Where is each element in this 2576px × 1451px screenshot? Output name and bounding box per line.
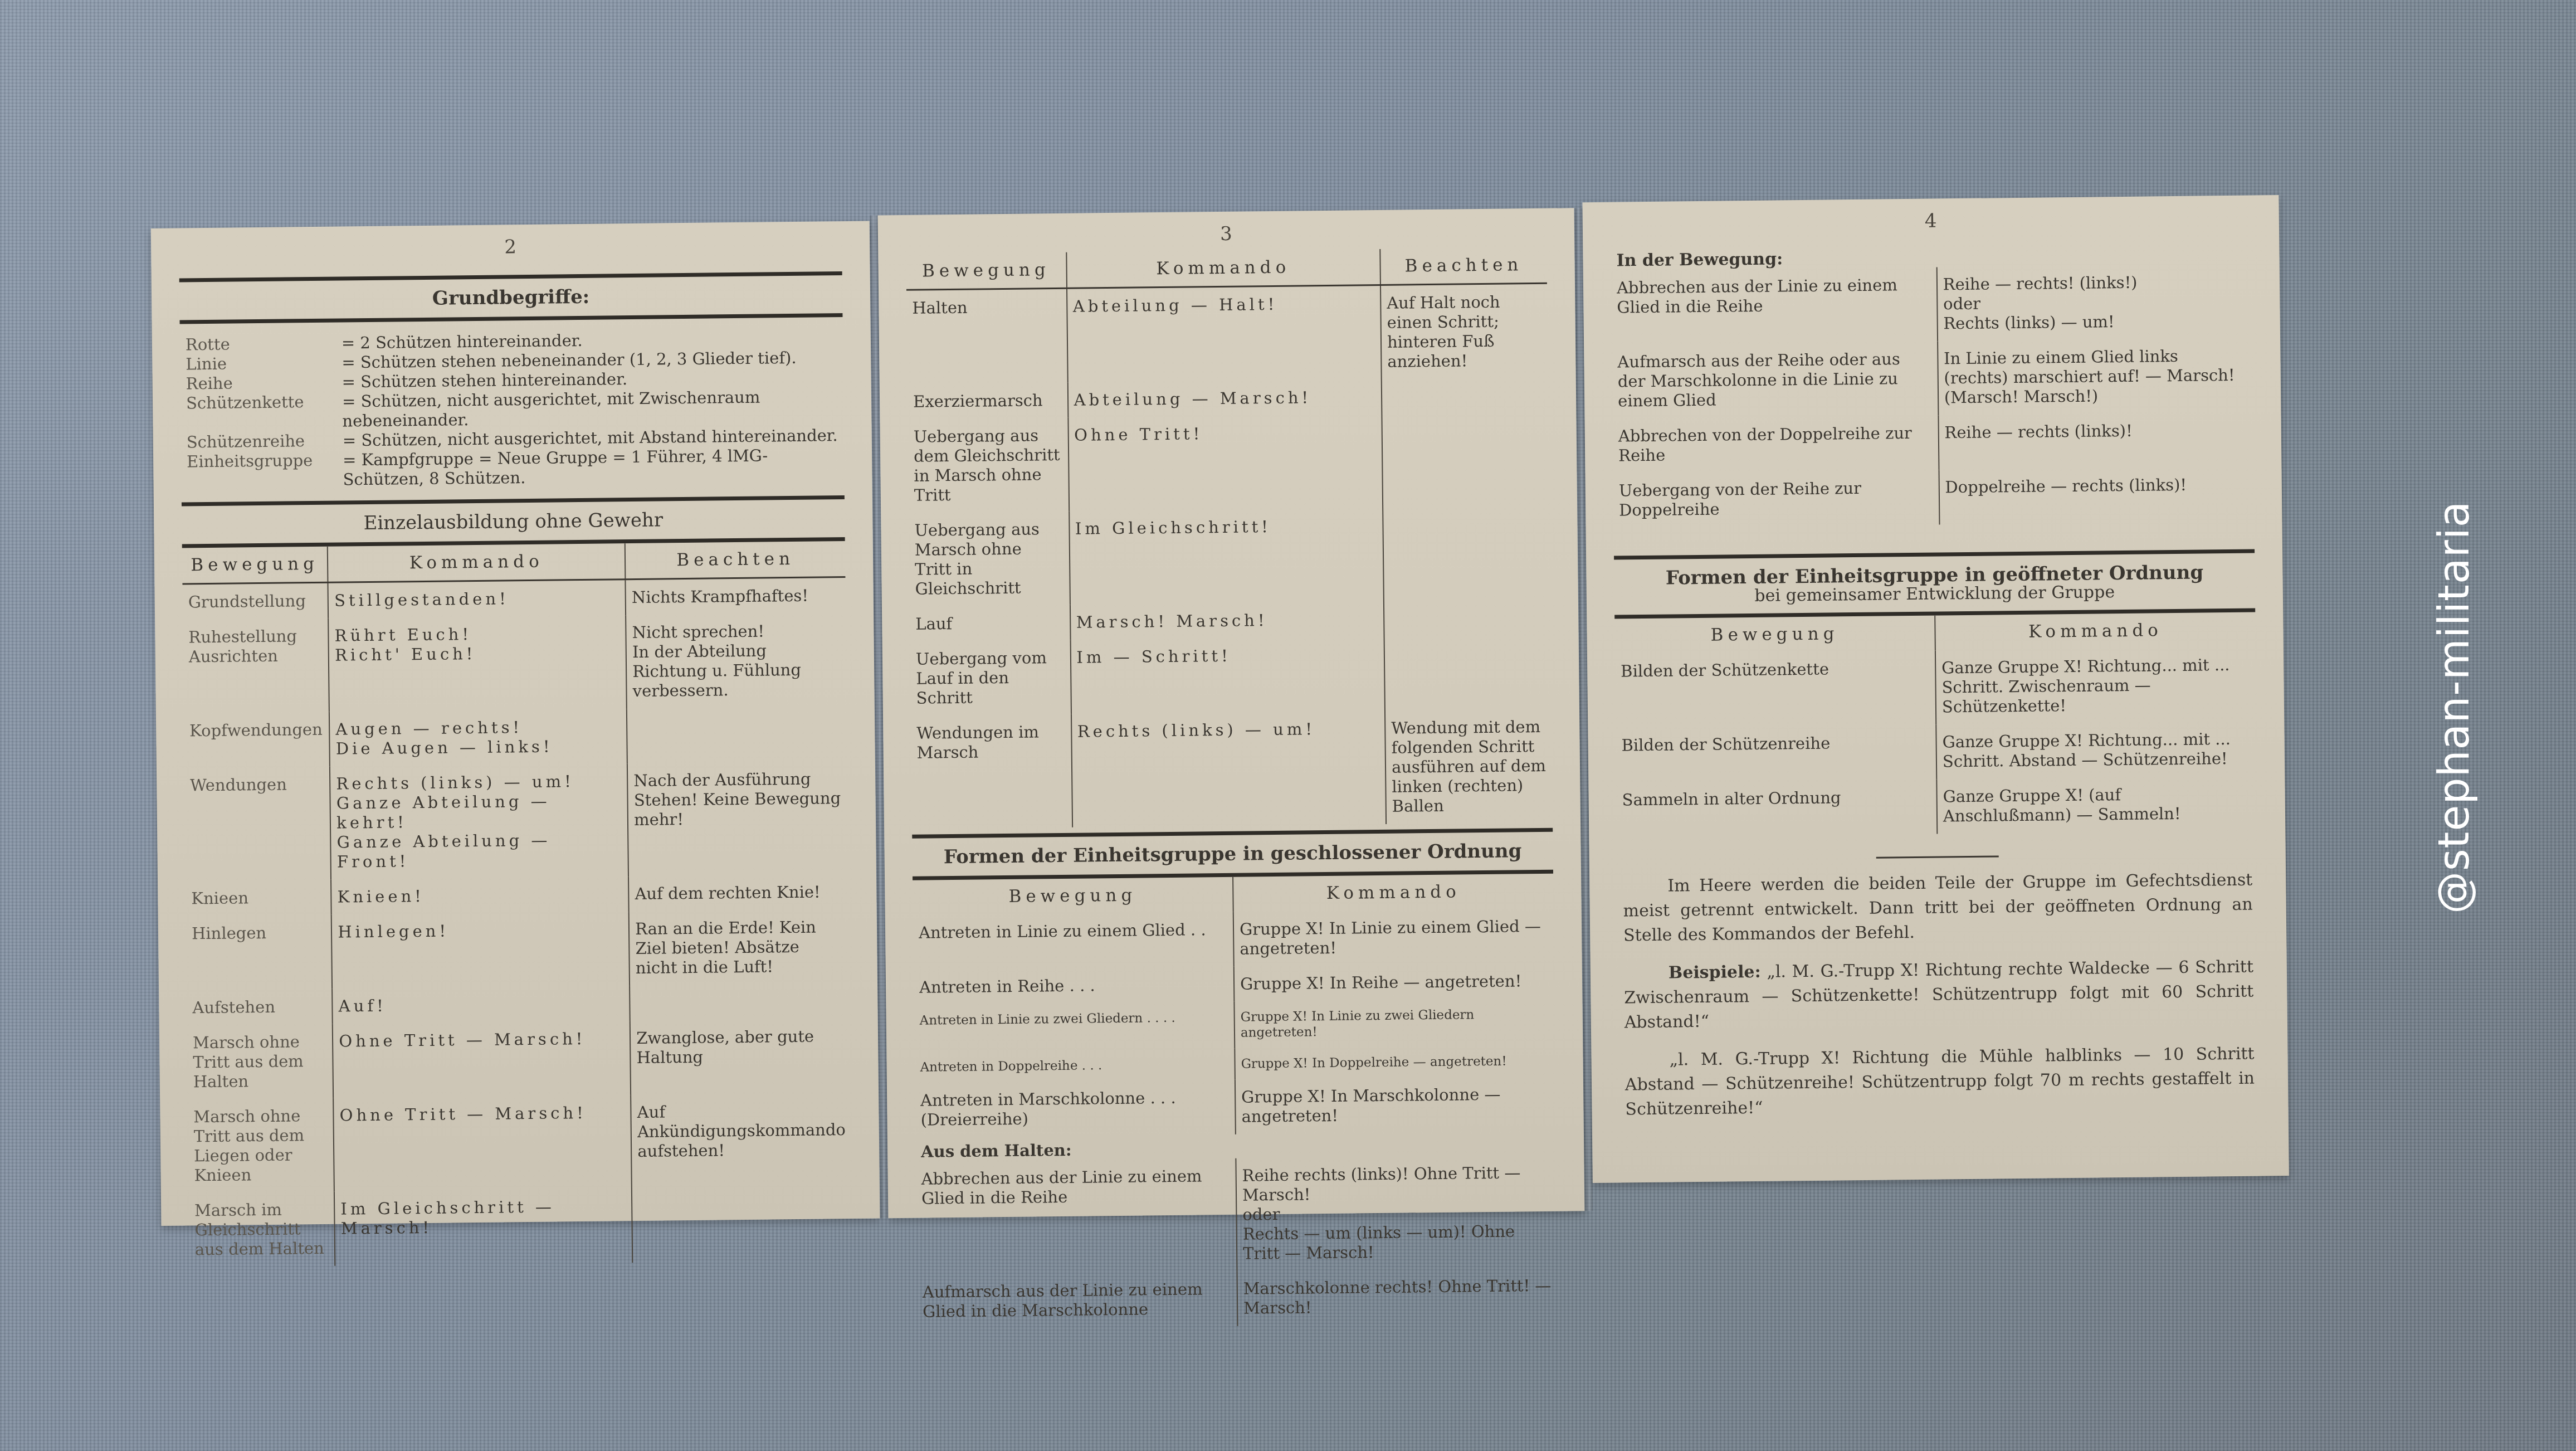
column-header: Bewegung bbox=[182, 547, 328, 584]
einzelausbildung-table: Bewegung Kommando Beachten Grundstellung… bbox=[182, 541, 852, 1267]
cell-bewegung: Halten bbox=[906, 288, 1067, 384]
cell-beachten: Nichts Krampfhaftes! bbox=[626, 577, 846, 616]
beispiel-2: „l. M. G.-Trupp X! Richtung die Mühle ha… bbox=[1624, 1042, 2255, 1122]
section-title-geschlossen: Formen der Einheitsgruppe in geschlossen… bbox=[884, 831, 1581, 877]
definition-term: Einheitsgruppe bbox=[187, 450, 343, 491]
cell-beachten: Zwanglose, aber gute Haltung bbox=[630, 1019, 851, 1095]
cell-bewegung: Antreten in Doppelreihe . . . bbox=[914, 1049, 1235, 1083]
cell-bewegung: Aufstehen bbox=[187, 989, 333, 1026]
cell-beachten bbox=[630, 983, 850, 1021]
cell-beachten bbox=[1384, 600, 1551, 637]
cell-bewegung: Marsch im Gleichschritt aus dem Halten bbox=[189, 1192, 335, 1268]
beispiel-1: Beispiele: „l. M. G.-Trupp X! Richtung r… bbox=[1624, 955, 2254, 1035]
cell-beachten: Ran an die Erde! Kein Ziel bieten! Absät… bbox=[629, 909, 850, 986]
cell-kommando: Hinlegen! bbox=[331, 912, 630, 989]
cell-bewegung: Lauf bbox=[910, 605, 1070, 642]
cell-bewegung: Kopfwendungen bbox=[184, 712, 330, 768]
definition-term: Schützenreihe bbox=[187, 431, 343, 452]
page-number: 3 bbox=[878, 219, 1574, 249]
cell-kommando: Gruppe X! In Doppelreihe — angetreten! bbox=[1235, 1045, 1555, 1080]
cell-bewegung: Uebergang von der Reihe zur Doppelreihe bbox=[1613, 470, 1940, 528]
cell-beachten: Nach der Ausführung Stehen! Keine Bewegu… bbox=[627, 761, 848, 877]
cell-bewegung: Bilden der Schützenreihe bbox=[1616, 725, 1936, 783]
cell-kommando: Marsch! Marsch! bbox=[1070, 602, 1384, 640]
table-row: Aufmarsch aus der Linie zu einem Glied i… bbox=[917, 1268, 1558, 1330]
page-3: 3 Bewegung Kommando Beachten HaltenAbtei… bbox=[878, 208, 1585, 1218]
cell-bewegung: Exerziermarsch bbox=[908, 383, 1068, 420]
cell-beachten bbox=[1384, 635, 1552, 711]
column-header: Kommando bbox=[1233, 874, 1554, 912]
divider bbox=[1876, 855, 1999, 858]
definition-text: = Kampfgruppe = Neue Gruppe = 1 Führer, … bbox=[343, 445, 839, 489]
table-row: Uebergang vom Lauf in den SchrittIm — Sc… bbox=[910, 635, 1552, 716]
cell-bewegung: Antreten in Linie zu zwei Gliedern . . .… bbox=[914, 1002, 1235, 1052]
cell-kommando: Gruppe X! In Linie zu einem Glied — ange… bbox=[1233, 909, 1554, 967]
cell-bewegung: Wendungen im Marsch bbox=[911, 714, 1072, 829]
marsch-table: Bewegung Kommando Beachten HaltenAbteilu… bbox=[906, 247, 1553, 829]
cell-kommando: Auf! bbox=[332, 986, 630, 1024]
definition-term: Reihe bbox=[186, 372, 342, 393]
definition-item: Einheitsgruppe= Kampfgruppe = Neue Grupp… bbox=[187, 445, 839, 491]
cell-beachten bbox=[1382, 413, 1549, 508]
table-row: HaltenAbteilung — Halt!Auf Halt noch ein… bbox=[906, 283, 1548, 384]
cell-kommando: Ohne Tritt — Marsch! bbox=[333, 1095, 632, 1192]
cell-beachten bbox=[1383, 507, 1550, 602]
cell-beachten: Wendung mit dem folgenden Schritt ausfüh… bbox=[1385, 709, 1553, 824]
cell-kommando: Marschkolonne rechts! Ohne Tritt! — Mars… bbox=[1237, 1268, 1558, 1326]
cell-beachten bbox=[1382, 378, 1549, 415]
cell-kommando: Im — Schritt! bbox=[1070, 637, 1385, 714]
definition-term: Schützenkette bbox=[186, 392, 343, 432]
cell-kommando: Gruppe X! In Marschkolonne — angetreten! bbox=[1235, 1077, 1556, 1134]
table-row: Marsch ohne Tritt aus dem HaltenOhne Tri… bbox=[187, 1019, 851, 1099]
definitions-list: Rotte= 2 Schützen hintereinander.Linie= … bbox=[186, 328, 839, 491]
table-row: ExerziermarschAbteilung — Marsch! bbox=[908, 378, 1549, 420]
table-row: Marsch ohne Tritt aus dem Liegen oder Kn… bbox=[188, 1093, 852, 1193]
cell-kommando: Ganze Gruppe X! Richtung... mit ... Schr… bbox=[1935, 647, 2256, 725]
table-row: Antreten in Linie zu einem Glied . .Grup… bbox=[913, 909, 1554, 970]
table-row: Uebergang aus dem Gleichschritt in Marsc… bbox=[908, 413, 1549, 513]
table-row: Abbrechen von der Doppelreihe zur ReiheR… bbox=[1613, 412, 2254, 474]
table-row: Sammeln in alter OrdnungGanze Gruppe X! … bbox=[1616, 776, 2257, 838]
cell-bewegung: Uebergang aus dem Gleichschritt in Marsc… bbox=[908, 418, 1069, 513]
column-header: Kommando bbox=[1935, 612, 2256, 651]
table-row: Abbrechen aus der Linie zu einem Glied i… bbox=[1611, 264, 2252, 345]
cell-kommando: Ohne Tritt! bbox=[1068, 415, 1383, 512]
table-row: Antreten in Marschkolonne . . . (Dreierr… bbox=[915, 1077, 1556, 1138]
cell-kommando: Rechts (links) — um! Ganze Abteilung — k… bbox=[330, 763, 628, 880]
cell-kommando: Abteilung — Marsch! bbox=[1067, 379, 1382, 418]
column-header: Bewegung bbox=[906, 252, 1066, 290]
cell-beachten bbox=[627, 707, 847, 763]
page-number: 2 bbox=[151, 232, 870, 262]
cell-kommando: Ganze Gruppe X! Richtung... mit ... Schr… bbox=[1936, 722, 2257, 780]
cell-kommando: Stillgestanden! bbox=[328, 580, 626, 619]
cell-kommando: Ganze Gruppe X! (auf Anschlußmann) — Sam… bbox=[1936, 776, 2257, 834]
cell-bewegung: Ruhestellung Ausrichten bbox=[183, 619, 329, 714]
cell-kommando: Im Gleichschritt — Marsch! bbox=[334, 1189, 632, 1266]
paragraph-gefechtsdienst: Im Heere werden die beiden Teile der Gru… bbox=[1623, 868, 2253, 948]
cell-bewegung: Antreten in Reihe . . . bbox=[914, 967, 1235, 1005]
definition-item: Schützenkette= Schützen, nicht ausgerich… bbox=[186, 387, 838, 432]
page-2: 2 Grundbegriffe: Rotte= 2 Schützen hinte… bbox=[151, 221, 880, 1226]
column-header: Bewegung bbox=[913, 877, 1233, 916]
cell-bewegung: Knieen bbox=[186, 880, 331, 917]
cell-bewegung: Abbrechen aus der Linie zu einem Glied i… bbox=[1611, 267, 1938, 344]
cell-bewegung: Marsch ohne Tritt aus dem Liegen oder Kn… bbox=[188, 1098, 334, 1194]
cell-bewegung: Abbrechen von der Doppelreihe zur Reihe bbox=[1613, 415, 1939, 473]
cell-bewegung: Antreten in Linie zu einem Glied . . bbox=[913, 912, 1234, 970]
cell-bewegung: Abbrechen aus der Linie zu einem Glied i… bbox=[915, 1158, 1237, 1275]
cell-bewegung: Bilden der Schützenkette bbox=[1615, 651, 1936, 728]
column-header: Beachten bbox=[625, 541, 845, 580]
cell-kommando: In Linie zu einem Glied links (rechts) m… bbox=[1938, 338, 2253, 416]
cell-beachten bbox=[632, 1186, 852, 1263]
column-header: Kommando bbox=[328, 543, 626, 582]
table-row: Abbrechen aus der Linie zu einem Glied i… bbox=[915, 1155, 1557, 1275]
cell-kommando: Rechts (links) — um! bbox=[1071, 711, 1387, 827]
table-row: Marsch im Gleichschritt aus dem HaltenIm… bbox=[189, 1186, 852, 1267]
cell-kommando: Augen — rechts! Die Augen — links! bbox=[329, 709, 627, 767]
cell-bewegung: Uebergang aus Marsch ohne Tritt in Gleic… bbox=[909, 512, 1070, 607]
definition-term: Linie bbox=[186, 353, 341, 374]
cell-kommando: Im Gleichschritt! bbox=[1069, 508, 1384, 605]
table-row: WendungenRechts (links) — um! Ganze Abte… bbox=[184, 761, 848, 881]
cell-kommando: Rührt Euch! Richt' Euch! bbox=[328, 615, 627, 712]
definition-term: Rotte bbox=[186, 333, 341, 354]
geschlossen-table: Bewegung Kommando Antreten in Linie zu e… bbox=[913, 874, 1558, 1330]
table-row: Uebergang von der Reihe zur DoppelreiheD… bbox=[1613, 467, 2255, 528]
table-row: LaufMarsch! Marsch! bbox=[910, 600, 1551, 642]
table-row: KopfwendungenAugen — rechts! Die Augen —… bbox=[184, 707, 847, 768]
table-row: Aufmarsch aus der Reihe oder aus der Mar… bbox=[1612, 338, 2253, 419]
cell-kommando: Gruppe X! In Linie zu zwei Gliedern ange… bbox=[1234, 999, 1555, 1049]
leaflet: 2 Grundbegriffe: Rotte= 2 Schützen hinte… bbox=[151, 201, 2290, 1226]
table-row: Bilden der SchützenreiheGanze Gruppe X! … bbox=[1616, 722, 2257, 783]
cell-kommando: Gruppe X! In Reihe — angetreten! bbox=[1234, 963, 1555, 1002]
cell-beachten: Auf Halt noch einen Schritt; hinteren Fu… bbox=[1380, 283, 1548, 379]
table-row: Ruhestellung AusrichtenRührt Euch! Richt… bbox=[183, 613, 847, 713]
beispiele-label: Beispiele: bbox=[1668, 962, 1761, 983]
table-row: Antreten in Linie zu zwei Gliedern . . .… bbox=[914, 999, 1555, 1052]
column-header: Beachten bbox=[1380, 247, 1547, 285]
cell-bewegung: Marsch ohne Tritt aus dem Halten bbox=[187, 1024, 334, 1100]
column-header: Bewegung bbox=[1614, 616, 1935, 654]
geoeffnet-table: Bewegung Kommando Bilden der Schützenket… bbox=[1614, 612, 2257, 838]
page-number: 4 bbox=[1583, 206, 2279, 236]
table-row: Bilden der SchützenketteGanze Gruppe X! … bbox=[1615, 647, 2256, 728]
cell-bewegung: Uebergang vom Lauf in den Schritt bbox=[910, 640, 1071, 716]
cell-kommando: Abteilung — Halt! bbox=[1066, 285, 1381, 382]
cell-kommando: Reihe — rechts! (links!) oder Rechts (li… bbox=[1936, 264, 2252, 342]
cell-bewegung: Antreten in Marschkolonne . . . (Dreierr… bbox=[915, 1080, 1236, 1138]
cell-bewegung: Aufmarsch aus der Reihe oder aus der Mar… bbox=[1612, 341, 1938, 418]
cell-bewegung: Aufmarsch aus der Linie zu einem Glied i… bbox=[917, 1272, 1238, 1330]
watermark: @stephan-militaria bbox=[2429, 501, 2479, 914]
cell-beachten: Auf dem rechten Knie! bbox=[628, 874, 848, 912]
table-row: Uebergang aus Marsch ohne Tritt in Gleic… bbox=[909, 507, 1550, 607]
cell-bewegung: Sammeln in alter Ordnung bbox=[1616, 780, 1937, 838]
definition-text: = Schützen, nicht ausgerichtet, mit Zwis… bbox=[342, 387, 838, 431]
cell-kommando: Reihe — rechts (links)! bbox=[1938, 412, 2253, 470]
cell-kommando: Ohne Tritt — Marsch! bbox=[333, 1021, 631, 1098]
cell-kommando: Doppelreihe — rechts (links)! bbox=[1939, 467, 2254, 525]
cell-beachten: Nicht sprechen! In der Abteilung Richtun… bbox=[626, 613, 847, 709]
column-header: Kommando bbox=[1066, 249, 1380, 288]
cell-beachten: Auf Ankündigungskommando aufstehen! bbox=[631, 1093, 852, 1189]
table-row: Wendungen im MarschRechts (links) — um!W… bbox=[911, 709, 1553, 829]
cell-kommando: Reihe rechts (links)! Ohne Tritt — Marsc… bbox=[1236, 1155, 1557, 1272]
table-row: HinlegenHinlegen!Ran an die Erde! Kein Z… bbox=[186, 909, 850, 990]
table-row: Antreten in Reihe . . .Gruppe X! In Reih… bbox=[914, 963, 1555, 1005]
page-4: 4 In der Bewegung: Abbrechen aus der Lin… bbox=[1582, 195, 2289, 1183]
cell-bewegung: Hinlegen bbox=[186, 915, 333, 991]
cell-bewegung: Grundstellung bbox=[182, 582, 328, 620]
in-der-bewegung-table: Abbrechen aus der Linie zu einem Glied i… bbox=[1611, 264, 2255, 528]
cell-kommando: Knieen! bbox=[331, 877, 629, 915]
cell-bewegung: Wendungen bbox=[184, 767, 331, 882]
